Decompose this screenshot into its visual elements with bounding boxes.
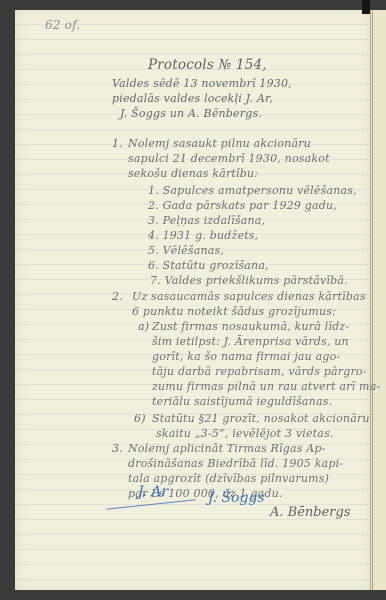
subitem-line: Zust firmas nosaukumā, kurā līdz-	[152, 319, 349, 334]
signature-3: A. Bēnbergs	[270, 505, 351, 520]
item-number: 3.	[112, 441, 123, 456]
item-number: 2.	[112, 289, 123, 304]
agenda-item: 2. Gada pārskats par 1929 gadu,	[148, 198, 337, 213]
subitem-line: gorīt, ka šo nama firmai jau ago-	[152, 349, 340, 364]
item-line: Nolemj sasaukt pilnu akcionāru	[128, 136, 311, 151]
item-line: sekošu dienas kārtību:	[128, 166, 258, 181]
agenda-item: 1. Sapulces amatpersonu vēlēšanas,	[148, 183, 357, 198]
item-line: sapulci 21 decembrī 1930, nosakot	[128, 151, 330, 166]
item-line: 6 punktu noteikt šādus grozījumus:	[132, 304, 336, 319]
item-line: Nolemj aplicināt Tirmas Rīgas Ap-	[128, 441, 326, 456]
header-line: Valdes sēdē 13 novembrī 1930,	[112, 76, 292, 91]
agenda-item: 7. Valdes priekšlikums pārstāvībā.	[150, 273, 348, 288]
agenda-item: 5. Vēlēšanas,	[148, 243, 224, 258]
binder-clip	[362, 0, 370, 14]
subitem-label: 6)	[134, 411, 146, 426]
subitem-line: Statūtu §21 grozīt, nosakot akcionāru	[152, 411, 370, 426]
subitem-line: teriālu saistījumā ieguldīšanas.	[152, 394, 332, 409]
protocol-title: Protocols № 154,	[148, 58, 267, 73]
subitem-line: zumu firmas pilnā un rau atvert arī ma-	[152, 379, 380, 394]
item-line: Uz sasaucamās sapulces dienas kārtības	[132, 289, 366, 304]
item-number: 1.	[112, 136, 123, 151]
agenda-item: 4. 1931 g. budžets,	[148, 228, 258, 243]
header-line: J. Šoggs un A. Bēnbergs.	[120, 106, 262, 121]
book-spine	[372, 10, 386, 590]
agenda-item: 6. Statūtu grozīšana,	[148, 258, 269, 273]
agenda-item: 3. Peļņas izdalīšana,	[148, 213, 265, 228]
folio-mark: 62 of.	[45, 18, 80, 33]
signature-1: J. Ar	[138, 484, 168, 500]
subitem-line: skaitu „3-5“, ievēlējot 3 vietas.	[156, 426, 334, 441]
header-line: piedalās valdes locekļi J. Ar,	[112, 91, 273, 106]
ruled-margin-line	[370, 10, 371, 590]
subitem-line: tāju darbā repabrisam, vārds pārgro-	[152, 364, 367, 379]
signature-2: J. Šoggs	[208, 490, 265, 506]
subitem-label: a)	[138, 319, 149, 334]
item-line: drošināšanas Biedrībā līd. 1905 kapi-	[128, 456, 343, 471]
subitem-line: šim ietilpst: J. Ārenprisa vārds, un	[152, 334, 349, 349]
